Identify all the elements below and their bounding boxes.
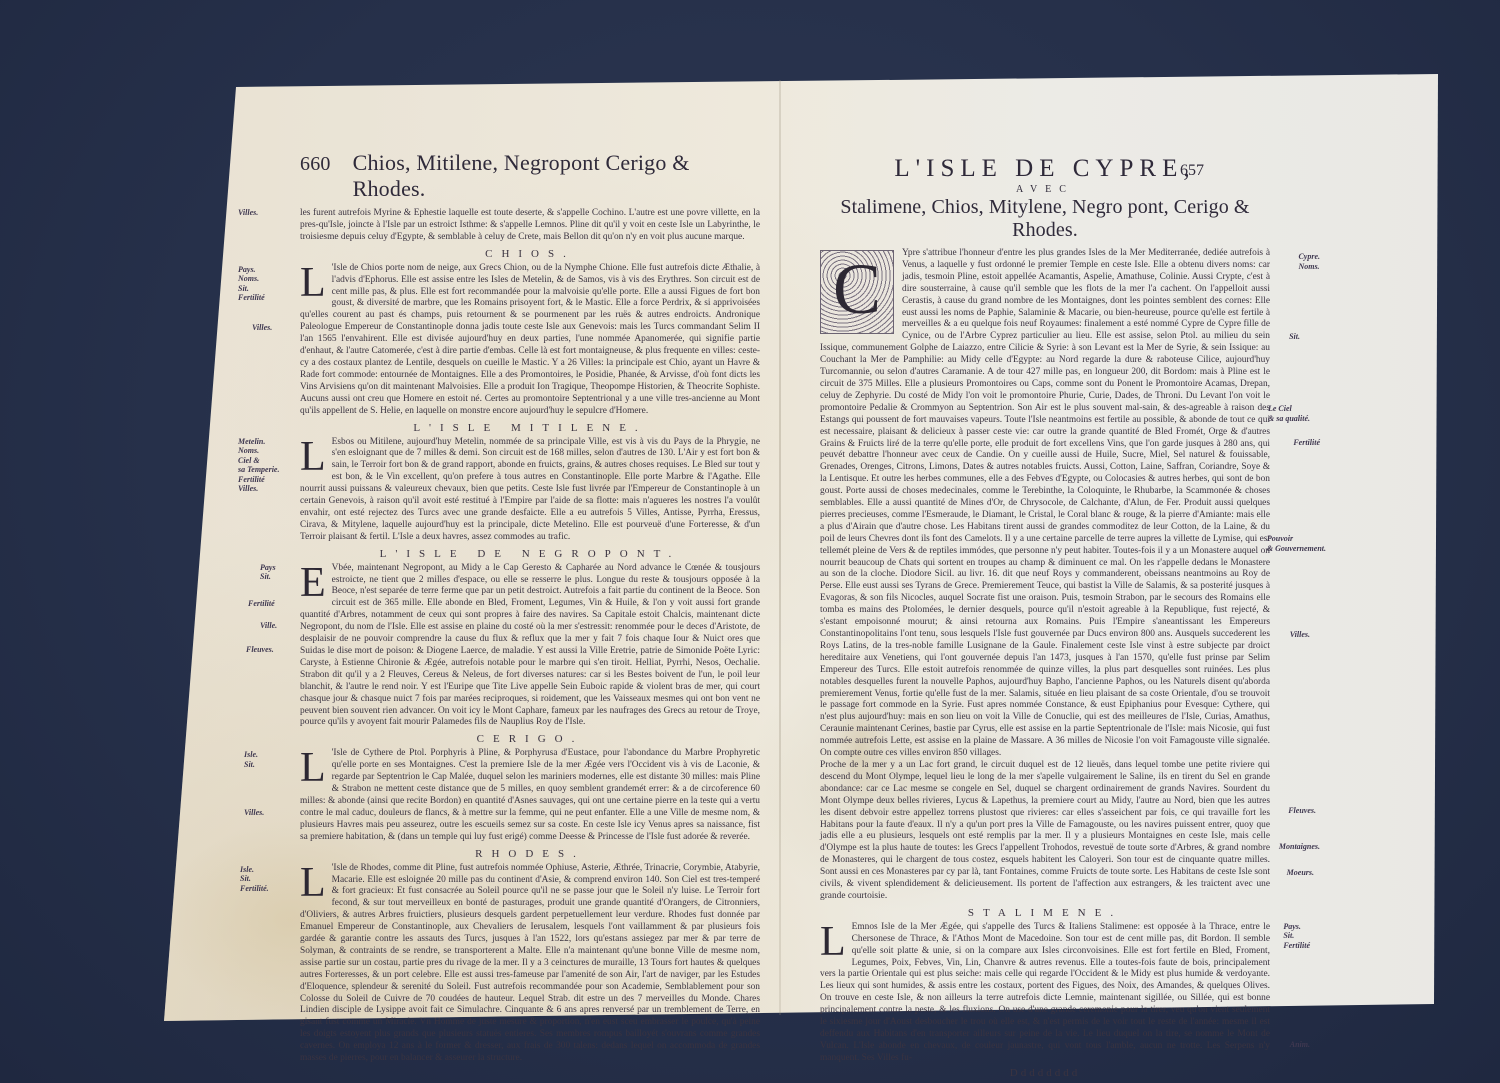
- margin-note: Pays.Noms.Sit.Fertilité: [238, 265, 265, 303]
- right-page: L'ISLE DE CYPRE, AVEC Stalimene, Chios, …: [820, 155, 1270, 1079]
- center-fold: [779, 80, 781, 1015]
- margin-note: Villes.: [244, 808, 264, 818]
- margin-note: Isle.Sit.Fertilité.: [240, 865, 269, 894]
- section-mitilene: Metelin.Noms.Ciel &sa Temperie.Fertilité…: [300, 437, 760, 544]
- margin-note: Fleuves.: [1288, 806, 1316, 816]
- section-heading-cerigo: CERIGO.: [300, 733, 760, 745]
- margin-note: Isle.Sit.: [244, 750, 258, 769]
- section-heading-stalimene: STALIMENE.: [820, 907, 1270, 919]
- margin-note: Le Ciel& sa qualité.: [1268, 404, 1310, 423]
- dropcap: L: [300, 865, 326, 901]
- margin-note: Cypre.Noms.: [1298, 252, 1320, 271]
- paragraph-text: Vbée, maintenant Negropont, au Midy a le…: [300, 563, 760, 728]
- paragraph-text: Proche de la mer y a un Lac fort grand, …: [820, 760, 1270, 901]
- paragraph-text: les furent autrefois Myrine & Ephestie l…: [300, 208, 760, 242]
- margin-note: Villes.: [252, 323, 272, 333]
- margin-note: Fertilité: [1293, 438, 1320, 448]
- dropcap: L: [300, 439, 326, 475]
- section-heading-chios: CHIOS.: [300, 248, 760, 260]
- margin-note: Sit.: [1289, 332, 1300, 342]
- margin-note: Moeurs.: [1287, 868, 1314, 878]
- margin-note: Pays.Sit.Fertilité: [1283, 922, 1310, 951]
- paragraph-text: Emnos Isle de la Mer Ægée, qui s'appelle…: [820, 922, 1270, 1063]
- dropcap: E: [300, 565, 326, 601]
- margin-note: PaysSit.: [260, 563, 276, 582]
- paragraph-text: 'Isle de Rhodes, comme dit Pline, fust a…: [300, 863, 760, 1064]
- margin-note: Anim.: [1290, 1040, 1310, 1050]
- section-chios: Pays.Noms.Sit.Fertilité Villes. L 'Isle …: [300, 263, 760, 418]
- signature-mark: Dddddddd: [820, 1067, 1270, 1079]
- left-intro-paragraph: Villes. les furent autrefois Myrine & Ep…: [300, 208, 760, 244]
- left-page: 660 Chios, Mitilene, Negropont Cerigo & …: [300, 150, 760, 1065]
- paragraph-text: 'Isle de Chios porte nom de neige, aux G…: [300, 263, 760, 416]
- margin-note: Villes.: [238, 208, 258, 218]
- left-running-head: 660 Chios, Mitilene, Negropont Cerigo & …: [300, 150, 760, 202]
- section-stalimene: Pays.Sit.Fertilité Anim. L Emnos Isle de…: [820, 922, 1270, 1065]
- dropcap: L: [300, 750, 326, 786]
- right-page-title-block: L'ISLE DE CYPRE, AVEC Stalimene, Chios, …: [820, 155, 1270, 242]
- section-negropont: PaysSit. Fertilité Ville. Fleuves. E Vbé…: [300, 563, 760, 730]
- margin-note: Pouvoir& Gouvernement.: [1267, 534, 1326, 553]
- section-cypre-continued: Fleuves. Montaignes. Moeurs. Proche de l…: [820, 760, 1270, 903]
- margin-note: Fleuves.: [246, 645, 274, 655]
- margin-note: Ville.: [260, 621, 277, 631]
- dropcap: L: [300, 265, 326, 301]
- margin-note: Fertilité: [248, 599, 275, 609]
- title-line-3: Stalimene, Chios, Mitylene, Negro pont, …: [820, 196, 1270, 242]
- margin-note: Villes.: [1290, 630, 1310, 640]
- left-page-number: 660: [300, 153, 331, 176]
- dropcap: C: [833, 253, 881, 325]
- margin-note: Montaignes.: [1279, 842, 1320, 852]
- section-cerigo: Isle.Sit. Villes. L 'Isle de Cythere de …: [300, 748, 760, 843]
- paragraph-text: 'Isle de Cythere de Ptol. Porphyris à Pl…: [300, 748, 760, 841]
- ornate-initial-c: C: [820, 250, 894, 334]
- section-cypre: Cypre.Noms. Sit. Le Ciel& sa qualité. Fe…: [820, 248, 1270, 760]
- left-page-title: Chios, Mitilene, Negropont Cerigo & Rhod…: [353, 150, 760, 202]
- section-rhodes: Isle.Sit.Fertilité. L 'Isle de Rhodes, c…: [300, 863, 760, 1065]
- section-heading-negropont: L'ISLE DE NEGROPONT.: [300, 548, 760, 560]
- paragraph-text: Esbos ou Mitilene, aujourd'huy Metelin, …: [300, 437, 760, 542]
- dropcap: L: [820, 924, 846, 960]
- section-heading-rhodes: RHODES.: [300, 848, 760, 860]
- title-line-2: AVEC: [820, 184, 1270, 195]
- margin-note: Metelin.Noms.Ciel &sa Temperie.Fertilité…: [238, 437, 279, 494]
- section-heading-mitilene: L'ISLE MITILENE.: [300, 422, 760, 434]
- title-line-1: L'ISLE DE CYPRE,: [820, 155, 1270, 183]
